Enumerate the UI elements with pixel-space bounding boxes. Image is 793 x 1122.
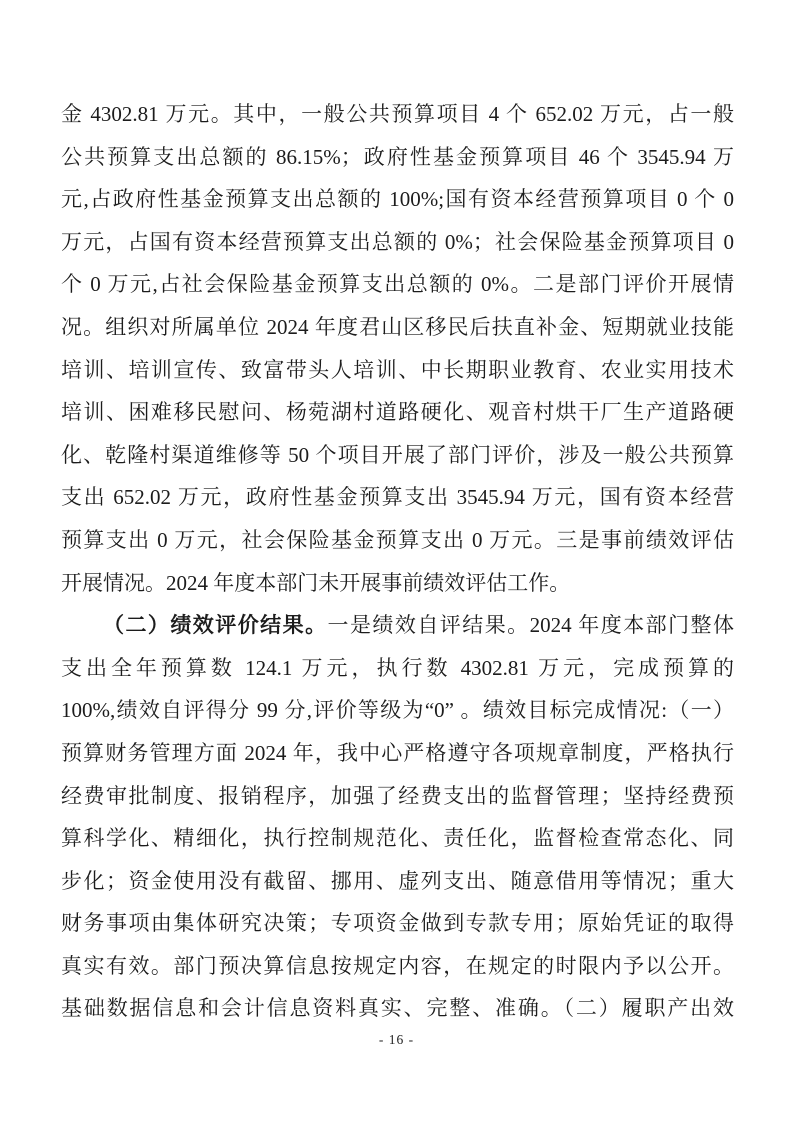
text-line: 况。组织对所属单位 2024 年度君山区移民后扶直补金、短期就业技能 [61,306,734,349]
text-line: 元,占政府性基金预算支出总额的 100%;国有资本经营预算项目 0 个 0 [61,178,734,221]
text-segment: 公共预算支出总额的 86.15%；政府性基金预算项目 46 个 3545.94 … [61,145,734,169]
text-segment: 预算支出 0 万元，社会保险基金预算支出 0 万元。三是事前绩效评估 [61,528,734,552]
text-segment: 100%,绩效自评得分 99 分,评价等级为“0” 。绩效目标完成情况:（一） [61,698,734,722]
text-segment: 步化；资金使用没有截留、挪用、虚列支出、随意借用等情况；重大 [61,869,734,893]
text-line: 预算支出 0 万元，社会保险基金预算支出 0 万元。三是事前绩效评估 [61,519,734,562]
text-line: 支出全年预算数 124.1 万元，执行数 4302.81 万元，完成预算的 [61,647,734,690]
text-segment: 真实有效。部门预决算信息按规定内容，在规定的时限内予以公开。 [61,954,734,978]
text-line: 100%,绩效自评得分 99 分,评价等级为“0” 。绩效目标完成情况:（一） [61,689,734,732]
text-segment: 个 0 万元,占社会保险基金预算支出总额的 0%。二是部门评价开展情 [61,272,734,296]
text-line: 公共预算支出总额的 86.15%；政府性基金预算项目 46 个 3545.94 … [61,136,734,179]
text-line: 真实有效。部门预决算信息按规定内容，在规定的时限内予以公开。 [61,945,734,988]
bold-section-heading: （二）绩效评价结果。 [103,613,328,637]
text-segment: 基础数据信息和会计信息资料真实、完整、准确。（二）履职产出效 [61,996,734,1020]
page-number: - 16 - [0,1032,793,1048]
text-line: 开展情况。2024 年度本部门未开展事前绩效评估工作。 [61,562,734,605]
text-segment: 培训、困难移民慰问、杨菀湖村道路硬化、观音村烘干厂生产道路硬 [61,400,734,424]
text-segment: 算科学化、精细化，执行控制规范化、责任化，监督检查常态化、同 [61,826,734,850]
text-segment: 况。组织对所属单位 2024 年度君山区移民后扶直补金、短期就业技能 [61,315,734,339]
text-line: 支出 652.02 万元，政府性基金预算支出 3545.94 万元，国有资本经营 [61,476,734,519]
paragraph-performance-evaluation-results: （二）绩效评价结果。一是绩效自评结果。2024 年度本部门整体支出全年预算数 1… [61,604,734,1030]
text-segment: 培训、培训宣传、致富带头人培训、中长期职业教育、农业实用技术 [61,358,734,382]
text-segment: 元,占政府性基金预算支出总额的 100%;国有资本经营预算项目 0 个 0 [61,187,734,211]
text-line: 培训、培训宣传、致富带头人培训、中长期职业教育、农业实用技术 [61,349,734,392]
text-segment: 支出 652.02 万元，政府性基金预算支出 3545.94 万元，国有资本经营 [61,485,734,509]
text-segment: 支出全年预算数 124.1 万元，执行数 4302.81 万元，完成预算的 [61,656,734,680]
text-segment: 开展情况。2024 年度本部门未开展事前绩效评估工作。 [61,571,570,595]
text-line: 预算财务管理方面 2024 年，我中心严格遵守各项规章制度，严格执行 [61,732,734,775]
text-line: 万元，占国有资本经营预算支出总额的 0%；社会保险基金预算项目 0 [61,221,734,264]
text-segment: 一是绩效自评结果。2024 年度本部门整体 [328,613,734,637]
paragraph-department-evaluation-status: 金 4302.81 万元。其中，一般公共预算项目 4 个 652.02 万元，占… [61,93,734,604]
text-line: （二）绩效评价结果。一是绩效自评结果。2024 年度本部门整体 [61,604,734,647]
text-segment: 预算财务管理方面 2024 年，我中心严格遵守各项规章制度，严格执行 [61,741,734,765]
text-line: 经费审批制度、报销程序，加强了经费支出的监督管理；坚持经费预 [61,775,734,818]
text-line: 步化；资金使用没有截留、挪用、虚列支出、随意借用等情况；重大 [61,860,734,903]
text-line: 个 0 万元,占社会保险基金预算支出总额的 0%。二是部门评价开展情 [61,263,734,306]
text-line: 金 4302.81 万元。其中，一般公共预算项目 4 个 652.02 万元，占… [61,93,734,136]
text-segment: 化、乾隆村渠道维修等 50 个项目开展了部门评价，涉及一般公共预算 [61,443,734,467]
text-line: 基础数据信息和会计信息资料真实、完整、准确。（二）履职产出效 [61,987,734,1030]
text-line: 培训、困难移民慰问、杨菀湖村道路硬化、观音村烘干厂生产道路硬 [61,391,734,434]
document-page: 金 4302.81 万元。其中，一般公共预算项目 4 个 652.02 万元，占… [0,0,793,1122]
text-line: 财务事项由集体研究决策；专项资金做到专款专用；原始凭证的取得 [61,902,734,945]
text-line: 化、乾隆村渠道维修等 50 个项目开展了部门评价，涉及一般公共预算 [61,434,734,477]
text-segment: 金 4302.81 万元。其中，一般公共预算项目 4 个 652.02 万元，占… [61,102,734,126]
text-line: 算科学化、精细化，执行控制规范化、责任化，监督检查常态化、同 [61,817,734,860]
text-segment: 经费审批制度、报销程序，加强了经费支出的监督管理；坚持经费预 [61,784,734,808]
document-body: 金 4302.81 万元。其中，一般公共预算项目 4 个 652.02 万元，占… [61,93,734,1030]
text-segment: 财务事项由集体研究决策；专项资金做到专款专用；原始凭证的取得 [61,911,734,935]
text-segment: 万元，占国有资本经营预算支出总额的 0%；社会保险基金预算项目 0 [61,230,734,254]
